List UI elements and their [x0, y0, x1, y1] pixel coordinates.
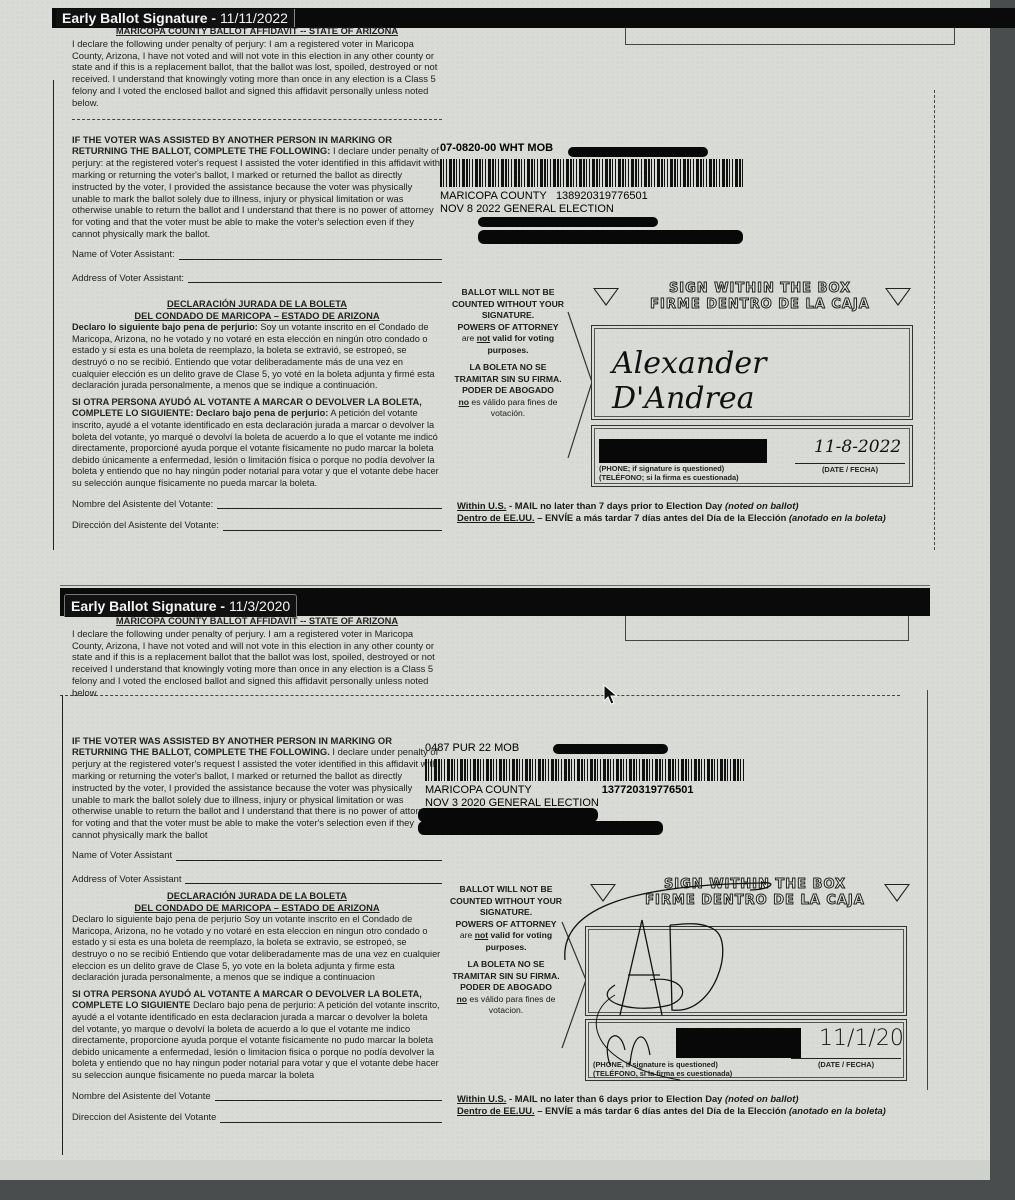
address-assistant-field[interactable]: Address of Voter Assistant — [72, 873, 442, 885]
declaration-text: I declare the following under penalty of… — [72, 628, 442, 699]
redaction-mark — [568, 147, 708, 157]
es-assist-body: A petición del votante inscrito, ayudé a… — [72, 1000, 440, 1080]
affidavit-heading: MARICOPA COUNTY BALLOT AFFIDAVIT -- STAT… — [72, 26, 442, 38]
declaration-text: I declare the following under penalty of… — [72, 38, 442, 109]
es-name-field[interactable]: Nombre del Asistente del Votante: — [72, 498, 442, 510]
title-bar: Early Ballot Signature - 11/11/2022 — [52, 8, 1015, 28]
affidavit-english: MARICOPA COUNTY BALLOT AFFIDAVIT -- STAT… — [72, 26, 442, 283]
affidavit-spanish: DECLARACIÓN JURADA DE LA BOLETA DEL COND… — [72, 299, 442, 531]
mailing-instructions: Within U.S. - MAIL no later than 6 days … — [457, 1093, 886, 1117]
separator — [72, 119, 442, 120]
signature-scribble — [520, 865, 820, 1095]
right-margin-rule — [927, 690, 928, 1090]
es-name-field[interactable]: Nombre del Asistente del Votante — [72, 1090, 442, 1102]
es-declaration-lead: Declaro lo siguiente bajo pena de perjur… — [72, 914, 242, 924]
handwritten-date: 11/1/20 — [819, 1026, 904, 1051]
barcode — [425, 759, 745, 781]
warn-en-1: BALLOT WILL NOT BE COUNTED WITHOUT YOUR … — [448, 287, 568, 322]
name-assistant-field[interactable]: Name of Voter Assistant: — [72, 248, 442, 260]
label-election: NOV 8 2022 GENERAL ELECTION — [440, 203, 750, 217]
es-heading-2: DEL CONDADO DE MARICOPA – ESTADO DE ARIZ… — [72, 903, 442, 915]
handwritten-date: 11-8-2022 — [814, 437, 901, 457]
label-ballot-id: 137720319776501 — [602, 784, 694, 796]
mouse-cursor-icon — [603, 684, 619, 706]
left-margin-rule — [62, 695, 63, 1155]
affidavit-spanish: DECLARACIÓN JURADA DE LA BOLETA DEL COND… — [72, 891, 442, 1123]
ballot-section-2020: Early Ballot Signature - 11/3/2020 MARIC… — [0, 585, 990, 1160]
redaction-mark — [553, 744, 668, 754]
left-margin-rule — [53, 80, 54, 550]
es-declaration-lead: Declaro lo siguiente bajo pena de perjur… — [72, 322, 258, 332]
warn-en-2: POWERS OF ATTORNEY — [448, 322, 568, 334]
signature-warning: BALLOT WILL NOT BE COUNTED WITHOUT YOUR … — [448, 287, 568, 420]
redaction-mark — [478, 230, 743, 244]
label-ballot-id: 138920319776501 — [556, 190, 648, 202]
es-heading-2: DEL CONDADO DE MARICOPA – ESTADO DE ARIZ… — [72, 311, 442, 323]
section-title: Early Ballot Signature - 11/11/2022 — [56, 9, 295, 27]
signature: Alexander D'Andrea — [612, 346, 912, 416]
redaction-mark — [418, 821, 663, 835]
address-assistant-field[interactable]: Address of Voter Assistant: — [72, 272, 442, 284]
title-bar: Early Ballot Signature - 11/3/2020 — [60, 588, 930, 616]
assist-body: I declare under penalty of perjury at th… — [72, 746, 438, 840]
es-address-field[interactable]: Dirección del Asistente del Votante: — [72, 519, 442, 531]
date-caption: (DATE / FECHA) — [795, 463, 905, 474]
es-assist-body: A petición del votante inscrito, ayudé a… — [72, 408, 439, 488]
barcode — [440, 159, 745, 187]
section-date: 11/3/2020 — [229, 598, 290, 614]
section-date: 11/11/2022 — [220, 10, 288, 26]
name-assistant-field[interactable]: Name of Voter Assistant — [72, 849, 442, 861]
label-county: MARICOPA COUNTY — [440, 190, 547, 202]
redaction-mark — [478, 217, 658, 227]
affidavit-english: MARICOPA COUNTY BALLOT AFFIDAVIT -- STAT… — [72, 616, 442, 884]
header-outline-box — [625, 616, 909, 641]
sign-box-header: SIGN WITHIN THE BOX FIRME DENTRO DE LA C… — [625, 281, 895, 313]
phone-label: (PHONE; if signature is questioned) (TEL… — [599, 464, 739, 482]
es-address-field[interactable]: Direccion del Asistente del Votante — [72, 1111, 442, 1123]
section-title: Early Ballot Signature - 11/3/2020 — [64, 594, 297, 617]
signature-box[interactable]: Alexander D'Andrea — [591, 325, 913, 420]
es-heading-1: DECLARACIÓN JURADA DE LA BOLETA — [72, 299, 442, 311]
scanned-document-page: Early Ballot Signature - 11/11/2022 MARI… — [0, 0, 990, 1180]
header-outline-box — [625, 28, 955, 45]
phone-redaction — [599, 439, 767, 463]
section-top-rule — [60, 585, 930, 586]
mailing-instructions: Within U.S. - MAIL no later than 7 days … — [457, 500, 886, 524]
label-county: MARICOPA COUNTY — [425, 784, 532, 796]
paper-bottom-edge — [0, 1160, 990, 1180]
warn-es-2: PODER DE ABOGADO — [448, 385, 568, 397]
ballot-section-2022: Early Ballot Signature - 11/11/2022 MARI… — [0, 0, 990, 580]
phone-date-box: (PHONE; if signature is questioned) (TEL… — [591, 425, 913, 487]
right-margin-rule — [934, 90, 935, 550]
es-assist-lead: Declaro bajo pena de perjurio: — [196, 408, 328, 418]
triangle-left-icon — [593, 288, 619, 306]
es-declaration: Soy un votante inscrito en el Condado de… — [72, 914, 440, 982]
affidavit-heading: MARICOPA COUNTY BALLOT AFFIDAVIT -- STAT… — [72, 616, 442, 628]
assist-body: I declare under penalty of perjury: at t… — [72, 145, 440, 239]
es-heading-1: DECLARACIÓN JURADA DE LA BOLETA — [72, 891, 442, 903]
redaction-mark — [418, 808, 598, 822]
es-declaration: Soy un votante inscrito en el Condado de… — [72, 322, 435, 390]
es-assist-lead: Declaro bajo pena de perjurio: — [193, 1000, 316, 1010]
warn-es-1: LA BOLETA NO SE TRAMITAR SIN SU FIRMA. — [448, 362, 568, 385]
